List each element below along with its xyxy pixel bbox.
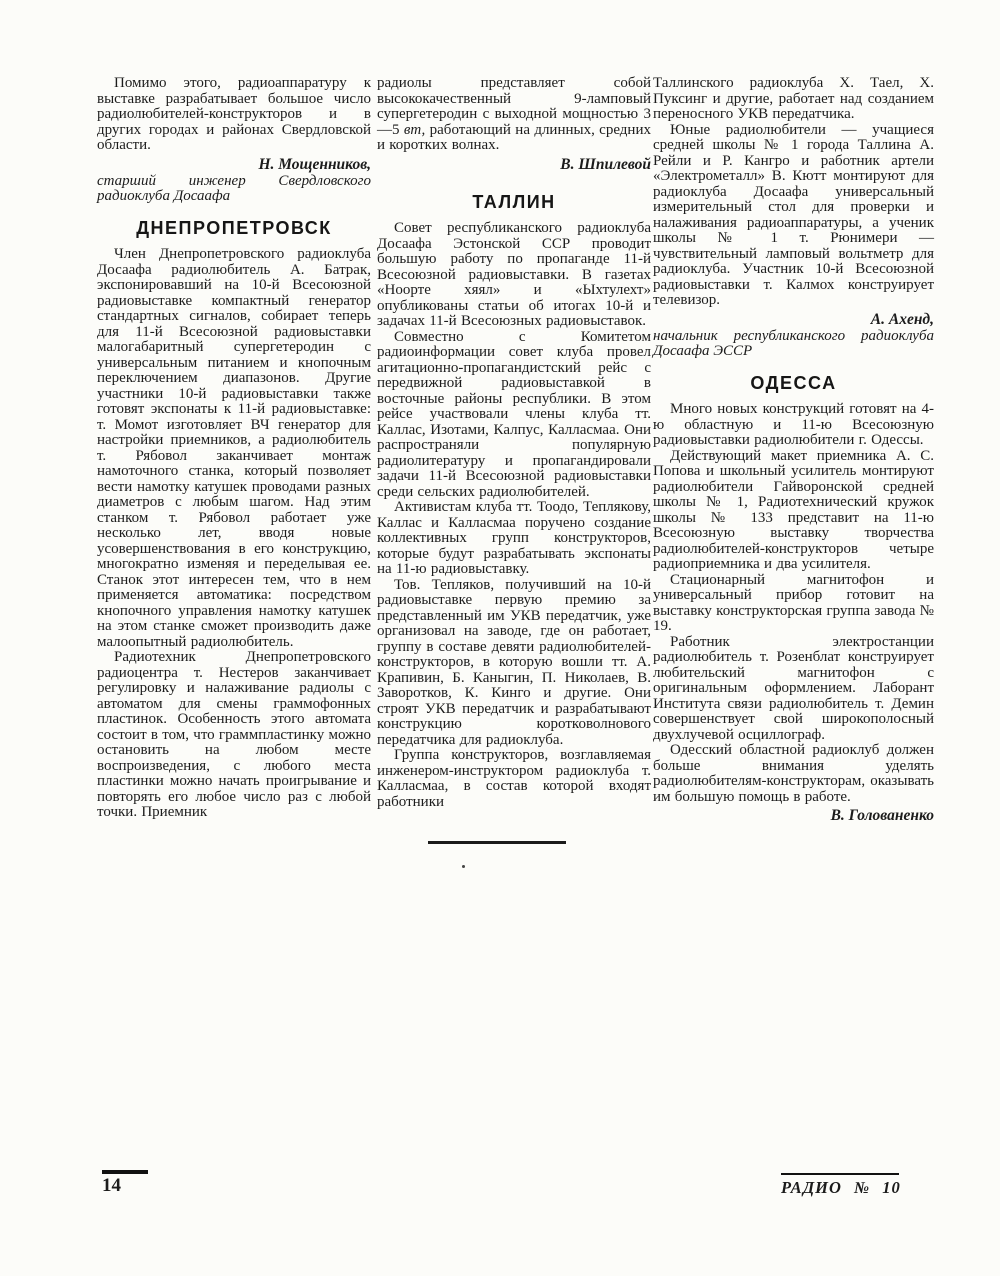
section-heading-tallinn: ТАЛЛИН — [377, 195, 651, 211]
author-role-sverdlovsk: старший инженер Свердловского радиоклуба… — [97, 174, 371, 205]
paragraph-odessa-intro: Много новых конструкций готовят на 4-ю о… — [653, 402, 934, 449]
paragraph-sovet-kluba: Совет республиканского радиоклуба Досааф… — [377, 221, 651, 330]
paragraph-gruppa-konstruktorov: Группа конструкторов, возглавляемая инже… — [377, 748, 651, 810]
column-right: Таллинского радиоклуба Х. Таел, Х. Пукси… — [653, 76, 934, 824]
paragraph-aktivisty: Активистам клуба тт. Тоодо, Теплякову, К… — [377, 500, 651, 578]
paragraph-batrak: Член Днепропетровского радиоклуба Досааф… — [97, 247, 371, 650]
paragraph-maket-popova: Действующий макет приемника А. С. Попова… — [653, 449, 934, 573]
magazine-page: Помимо этого, радиоаппаратуру к выставке… — [0, 0, 1000, 1276]
paragraph-tallinn-continuation: Таллинского радиоклуба Х. Таел, Х. Пукси… — [653, 76, 934, 123]
paragraph-odessa-radioclub: Одесский областной радиоклуб должен боль… — [653, 743, 934, 805]
page-number: 14 — [102, 1176, 148, 1196]
section-heading-dnepropetrovsk: ДНЕПРОПЕТРОВСК — [97, 221, 371, 237]
author-moshchennikov: Н. Мощенников, — [97, 157, 371, 173]
paragraph-nesterov: Радиотехник Днепропетровского радиоцентр… — [97, 650, 371, 821]
footer-page-number-block: 14 — [102, 1170, 148, 1196]
paragraph-reys: Совместно с Комитетом радиоинформации со… — [377, 330, 651, 501]
paragraph-magnitofon: Стационарный магнитофон и универсальный … — [653, 573, 934, 635]
paragraph-yunye-radiolyubiteli: Юные радиолюбители — учащиеся средней шк… — [653, 123, 934, 309]
column-left: Помимо этого, радиоаппаратуру к выставке… — [97, 76, 371, 821]
section-end-rule — [428, 841, 566, 844]
paragraph-rozenblat-demin: Работник электростанции радиолюбитель т.… — [653, 635, 934, 744]
footer-left-rule — [102, 1170, 148, 1174]
author-shpilevoy: В. Шпилевой — [377, 157, 651, 173]
footer-journal-block: РАДИО № 10 — [781, 1173, 899, 1197]
paragraph-teplyakov: Тов. Тепляков, получивший на 10-й радиов… — [377, 578, 651, 749]
author-ahend: А. Ахенд, — [653, 312, 934, 328]
section-heading-odessa: ОДЕССА — [653, 376, 934, 392]
paragraph-radiola-continuation: радиолы представляет собой высококачеств… — [377, 76, 651, 154]
paragraph-sverdlovsk-intro: Помимо этого, радиоаппаратуру к выставке… — [97, 76, 371, 154]
author-golovanenko: В. Голованенко — [653, 808, 934, 824]
journal-title: РАДИО № 10 — [781, 1179, 899, 1197]
print-speck — [462, 865, 465, 868]
column-middle: радиолы представляет собой высококачеств… — [377, 76, 651, 868]
author-role-essr: начальник республиканского радиоклуба До… — [653, 329, 934, 360]
unit-vt: вт, — [404, 122, 425, 138]
footer-right-rule — [781, 1173, 899, 1175]
